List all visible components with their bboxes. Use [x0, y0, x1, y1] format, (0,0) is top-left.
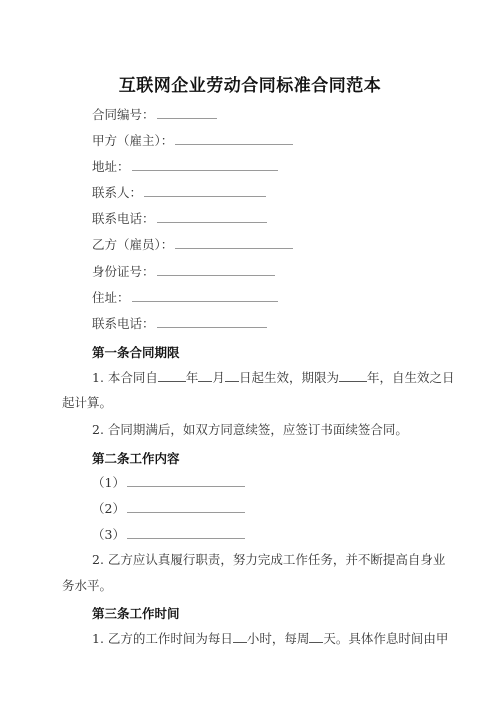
field-party-b: 乙方（雇员）：	[92, 236, 293, 253]
fill-blank[interactable]	[127, 526, 245, 539]
clause-1-2: 2. 合同期满后，如双方同意续签，应签订书面续签合同。	[92, 422, 408, 438]
field-label: 地址：	[92, 159, 130, 174]
section-heading: 第一条合同期限	[92, 343, 180, 361]
fill-blank[interactable]	[233, 630, 247, 643]
clause-text: 月	[212, 370, 225, 385]
section-heading: 第三条工作时间	[92, 604, 180, 622]
clause-2-2-cont: 务水平。	[62, 578, 112, 594]
fill-blank[interactable]	[175, 236, 293, 249]
work-item-1: （1）	[92, 474, 245, 491]
clause-text: 天。具体作息时间由甲	[323, 631, 448, 646]
fill-blank[interactable]	[157, 210, 267, 223]
clause-1-1-cont: 起计算。	[62, 395, 112, 411]
field-phone-b: 联系电话：	[92, 315, 267, 332]
field-label: 联系电话：	[92, 316, 155, 331]
item-label: （2）	[92, 501, 125, 516]
field-label: 乙方（雇员）：	[92, 237, 173, 252]
fill-blank[interactable]	[157, 315, 267, 328]
clause-1-1: 1. 本合同自年月日起生效，期限为年，自生效之日	[92, 369, 454, 386]
work-item-3: （3）	[92, 526, 245, 543]
work-item-2: （2）	[92, 500, 245, 517]
fill-blank[interactable]	[144, 184, 266, 197]
fill-blank[interactable]	[132, 158, 278, 171]
field-party-a: 甲方（雇主）：	[92, 132, 293, 149]
fill-blank[interactable]	[132, 289, 278, 302]
item-label: （3）	[92, 527, 125, 542]
item-label: （1）	[92, 475, 125, 490]
field-contact-person: 联系人：	[92, 184, 266, 201]
clause-text: 1. 乙方的工作时间为每日	[92, 631, 233, 646]
field-label: 合同编号：	[92, 107, 155, 122]
section-heading: 第二条工作内容	[92, 449, 180, 467]
field-label: 住址：	[92, 290, 130, 305]
field-label: 联系人：	[92, 185, 142, 200]
fill-blank[interactable]	[198, 369, 212, 382]
fill-blank[interactable]	[225, 369, 239, 382]
clause-text: 年	[186, 370, 199, 385]
fill-blank[interactable]	[157, 106, 217, 119]
clause-text: 日起生效，期限为	[239, 370, 339, 385]
clause-text: 小时，每周	[247, 631, 310, 646]
clause-3-1: 1. 乙方的工作时间为每日小时，每周天。具体作息时间由甲	[92, 630, 448, 647]
field-id-number: 身份证号：	[92, 263, 275, 280]
clause-text: 1. 本合同自	[92, 370, 158, 385]
field-label: 联系电话：	[92, 211, 155, 226]
clause-text: 年，自生效之日	[367, 370, 455, 385]
document-title: 互联网企业劳动合同标准合同范本	[0, 71, 500, 96]
fill-blank[interactable]	[127, 474, 245, 487]
field-label: 甲方（雇主）：	[92, 133, 173, 148]
fill-blank[interactable]	[127, 500, 245, 513]
field-phone-a: 联系电话：	[92, 210, 267, 227]
field-contract-number: 合同编号：	[92, 106, 217, 123]
fill-blank[interactable]	[158, 369, 186, 382]
fill-blank[interactable]	[175, 132, 293, 145]
fill-blank[interactable]	[309, 630, 323, 643]
field-residence: 住址：	[92, 289, 278, 306]
clause-2-2: 2. 乙方应认真履行职责，努力完成工作任务，并不断提高自身业	[92, 552, 445, 568]
fill-blank[interactable]	[339, 369, 367, 382]
field-label: 身份证号：	[92, 264, 155, 279]
fill-blank[interactable]	[157, 263, 275, 276]
field-address: 地址：	[92, 158, 278, 175]
